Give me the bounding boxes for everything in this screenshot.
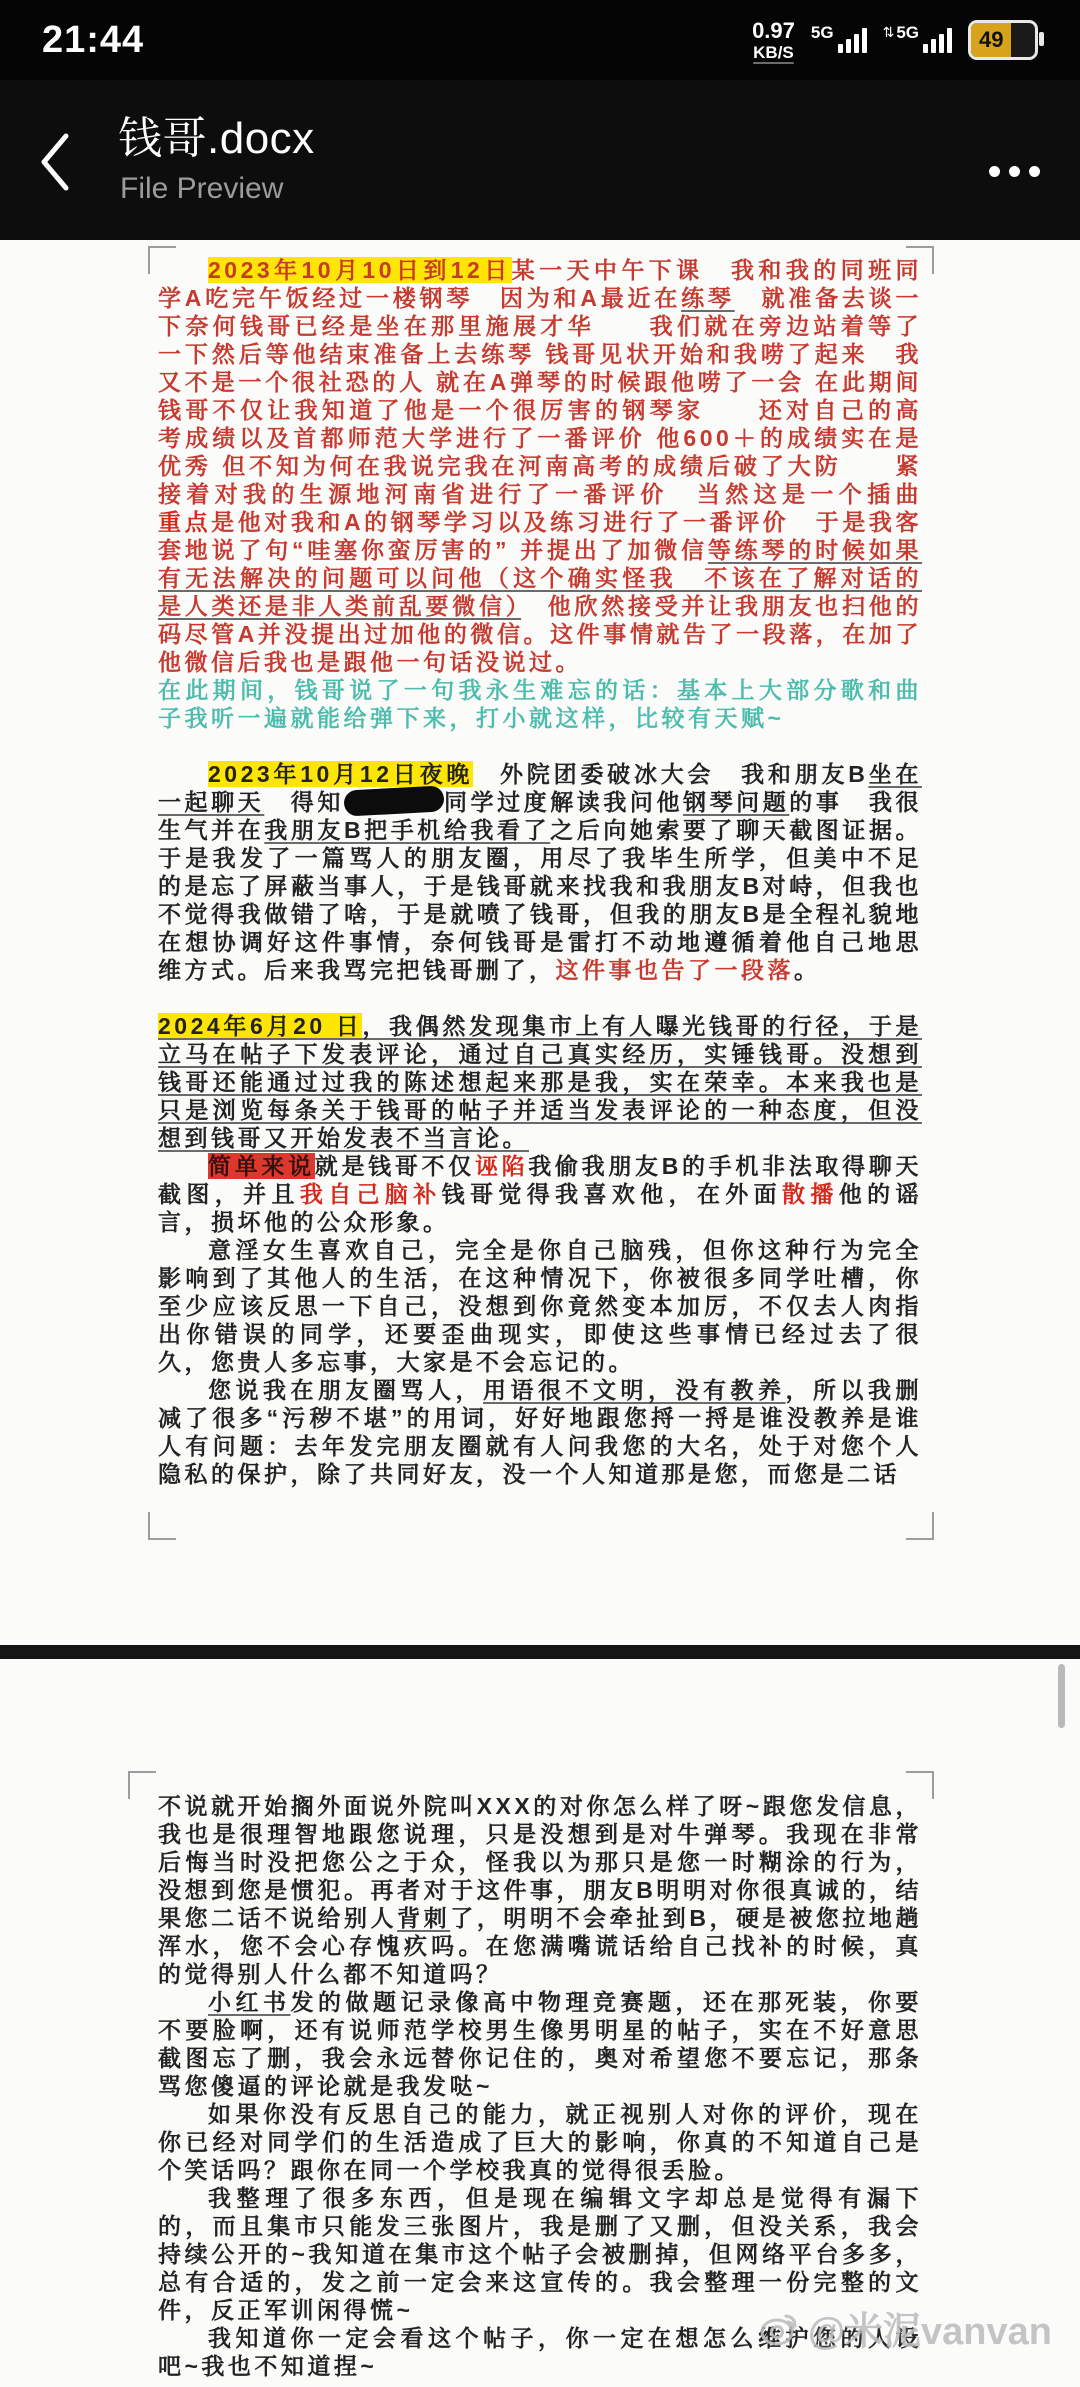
paragraph: 2023年10月10日到12日某一天中午下课 我和我的同班同学A吃完午饭经过一楼… (158, 256, 922, 676)
more-options-button[interactable] (989, 166, 1040, 177)
back-chevron-icon (36, 130, 76, 194)
text-segment: 就准备去谈一下奈何钱哥已经是坐在那里施展才华 我们就在旁边站着等了一下然后等他结… (158, 285, 949, 507)
text-segment: 钢琴问题 (683, 789, 789, 815)
text-segment: 这件事也告了一段落 (556, 957, 795, 983)
text-segment: 。 (794, 957, 821, 983)
page-separator (0, 1645, 1080, 1659)
text-segment: 我朋友B把手机给我看了 (264, 817, 550, 843)
paragraph: 2024年6月20 日，我偶然发现集市上有人曝光钱哥的行径，于是立马在帖子下发表… (158, 1012, 922, 1152)
margin-mark-icon (128, 1771, 156, 1799)
text-segment: 2023年10月12日夜晚 (208, 761, 473, 787)
redaction-blob (343, 785, 444, 816)
text-segment: 外院团委破冰大会 我和朋友B (473, 761, 868, 787)
watermark: @米泥vanvan (758, 2300, 1052, 2355)
text-segment: 2024年6月20 日 (158, 1013, 362, 1039)
paragraph: 在此期间，钱哥说了一句我永生难忘的话：基本上大部分歌和曲子我听一遍就能给弹下来，… (158, 676, 922, 732)
text-segment: 重点 (158, 509, 211, 535)
text-segment: 背刺 (397, 1905, 450, 1931)
text-segment: 练琴 (681, 285, 735, 311)
document-page-1[interactable]: 2023年10月10日到12日某一天中午下课 我和我的同班同学A吃完午饭经过一楼… (0, 240, 1080, 1645)
paragraph: 意淫女生喜欢自己，完全是你自己脑残，但你这种行为完全影响到了其他人的生活，在这种… (158, 1236, 922, 1376)
text-segment: 简单来说 (208, 1153, 315, 1179)
text-segment: 同学过度解读我问他 (444, 789, 683, 815)
document-text: 不说就开始搁外面说外院叫XXX的对你怎么样了呀~跟您发信息，我也是很理智地跟您说… (158, 1792, 922, 2380)
text-segment: 您说我在朋友圈骂人， (208, 1377, 483, 1403)
text-segment: 小红书 (208, 1989, 291, 2015)
signal-sim2-icon: ⇅ 5G (883, 27, 952, 53)
paragraph: 简单来说就是钱哥不仅诬陷我偷我朋友B的手机非法取得聊天截图，并且我自己脑补钱哥觉… (158, 1152, 922, 1236)
data-arrows-icon: ⇅ (883, 25, 893, 39)
document-page-2[interactable]: 不说就开始搁外面说外院叫XXX的对你怎么样了呀~跟您发信息，我也是很理智地跟您说… (0, 1659, 1080, 2387)
text-segment: 我自己脑补 (300, 1181, 442, 1207)
battery-icon: 49 (968, 20, 1038, 60)
paragraph: 您说我在朋友圈骂人，用语很不文明，没有教养，所以我删减了很多“污秽不堪”的用词，… (158, 1376, 922, 1488)
paragraph: 小红书发的做题记录像高中物理竞赛题，还在那死装，你要不要脸啊，还有说师范学校男生… (158, 1988, 922, 2100)
weibo-icon (758, 2306, 802, 2350)
text-segment: 得知 (264, 789, 344, 815)
paragraph: 如果你没有反思自己的能力，就正视别人对你的评价，现在你已经对同学们的生活造成了巨… (158, 2100, 922, 2184)
text-segment: 散播 (782, 1181, 839, 1207)
margin-mark-icon (906, 1512, 934, 1540)
text-segment: 诬陷 (475, 1153, 528, 1179)
scrollbar-thumb[interactable] (1058, 1664, 1065, 1728)
text-segment: 钱哥觉得我喜欢他，在外面 (442, 1181, 782, 1207)
network-speed: 0.97 KB/S (752, 20, 795, 61)
text-segment: 如果你没有反思自己的能力，就正视别人对你的评价，现在你已经对同学们的生活造成了巨… (158, 2101, 922, 2183)
text-segment: 用语很不文明，没有教养 (483, 1377, 786, 1403)
status-bar: 21:44 0.97 KB/S 5G ⇅ 5G 49 (0, 0, 1080, 80)
paragraph: 不说就开始搁外面说外院叫XXX的对你怎么样了呀~跟您发信息，我也是很理智地跟您说… (158, 1792, 922, 1988)
margin-mark-icon (148, 1512, 176, 1540)
text-segment: 意淫女生喜欢自己，完全是你自己脑残，但你这种行为完全影响到了其他人的生活，在这种… (158, 1237, 922, 1375)
paragraph: 2023年10月12日夜晚 外院团委破冰大会 我和朋友B坐在一起聊天 得知同学过… (158, 760, 922, 984)
status-icons: 0.97 KB/S 5G ⇅ 5G 49 (752, 20, 1038, 61)
text-segment: 在此期间，钱哥说了一句我永生难忘的话：基本上大部分歌和曲子我听一遍就能给弹下来，… (158, 677, 922, 731)
file-title: 钱哥.docx (118, 102, 315, 166)
text-segment: 就是钱哥不仅 (315, 1153, 475, 1179)
page-subtitle: File Preview (120, 172, 283, 206)
document-text: 2023年10月10日到12日某一天中午下课 我和我的同班同学A吃完午饭经过一楼… (158, 256, 922, 1488)
text-segment: 2023年10月10日到12日 (208, 257, 512, 283)
signal-sim1-icon: 5G (811, 27, 867, 53)
phone-screen: 21:44 0.97 KB/S 5G ⇅ 5G 49 (0, 0, 1080, 2387)
battery-percent: 49 (971, 29, 1003, 51)
back-button[interactable] (36, 130, 76, 194)
clock: 21:44 (42, 19, 144, 62)
watermark-text: @米泥vanvan (808, 2300, 1052, 2355)
app-header: 钱哥.docx File Preview (0, 80, 1080, 240)
